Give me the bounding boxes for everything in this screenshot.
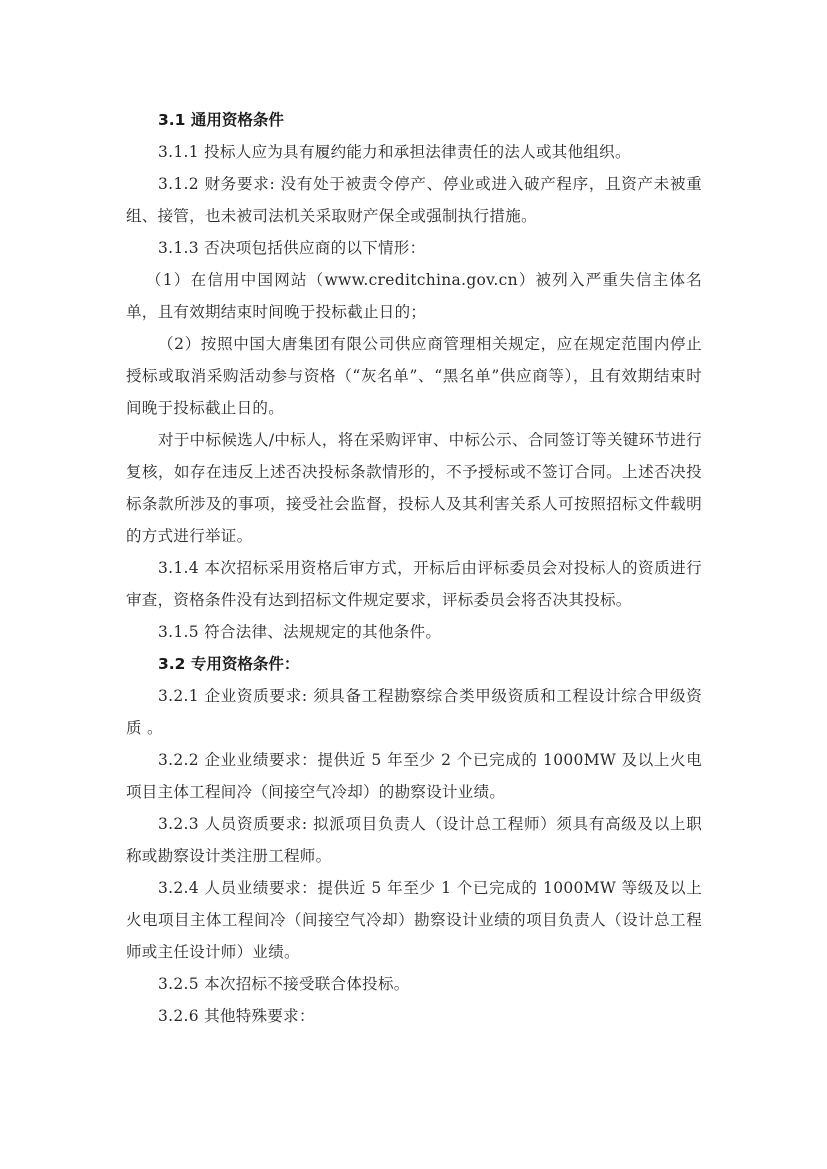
clause-3-1-5: 3.1.5 符合法律、法规规定的其他条件。	[126, 616, 702, 648]
section-heading-3-2: 3.2 专用资格条件：	[126, 648, 702, 680]
clause-3-2-5: 3.2.5 本次招标不接受联合体投标。	[126, 968, 702, 1000]
clause-3-2-6: 3.2.6 其他特殊要求：	[126, 1000, 702, 1032]
section-heading-3-1: 3.1 通用资格条件	[126, 104, 702, 136]
review-paragraph: 对于中标候选人/中标人，将在采购评审、中标公示、合同签订等关键环节进行复核，如存…	[126, 424, 702, 552]
document-page: 3.1 通用资格条件 3.1.1 投标人应为具有履约能力和承担法律责任的法人或其…	[126, 104, 702, 1032]
clause-3-1-2: 3.1.2 财务要求: 没有处于被责令停产、停业或进入破产程序，且资产未被重组、…	[126, 168, 702, 232]
clause-3-1-1: 3.1.1 投标人应为具有履约能力和承担法律责任的法人或其他组织。	[126, 136, 702, 168]
clause-3-2-2: 3.2.2 企业业绩要求：提供近 5 年至少 2 个已完成的 1000MW 及以…	[126, 744, 702, 808]
clause-3-1-3-item-1: （1）在信用中国网站（www.creditchina.gov.cn）被列入严重失…	[126, 264, 702, 328]
clause-3-2-4: 3.2.4 人员业绩要求：提供近 5 年至少 1 个已完成的 1000MW 等级…	[126, 872, 702, 968]
clause-3-2-1: 3.2.1 企业资质要求: 须具备工程勘察综合类甲级资质和工程设计综合甲级资质 …	[126, 680, 702, 744]
clause-3-2-3: 3.2.3 人员资质要求: 拟派项目负责人（设计总工程师）须具有高级及以上职称或…	[126, 808, 702, 872]
clause-3-1-3: 3.1.3 否决项包括供应商的以下情形：	[126, 232, 702, 264]
clause-3-1-4: 3.1.4 本次招标采用资格后审方式，开标后由评标委员会对投标人的资质进行审查，…	[126, 552, 702, 616]
clause-3-1-3-item-2: （2）按照中国大唐集团有限公司供应商管理相关规定，应在规定范围内停止授标或取消采…	[126, 328, 702, 424]
